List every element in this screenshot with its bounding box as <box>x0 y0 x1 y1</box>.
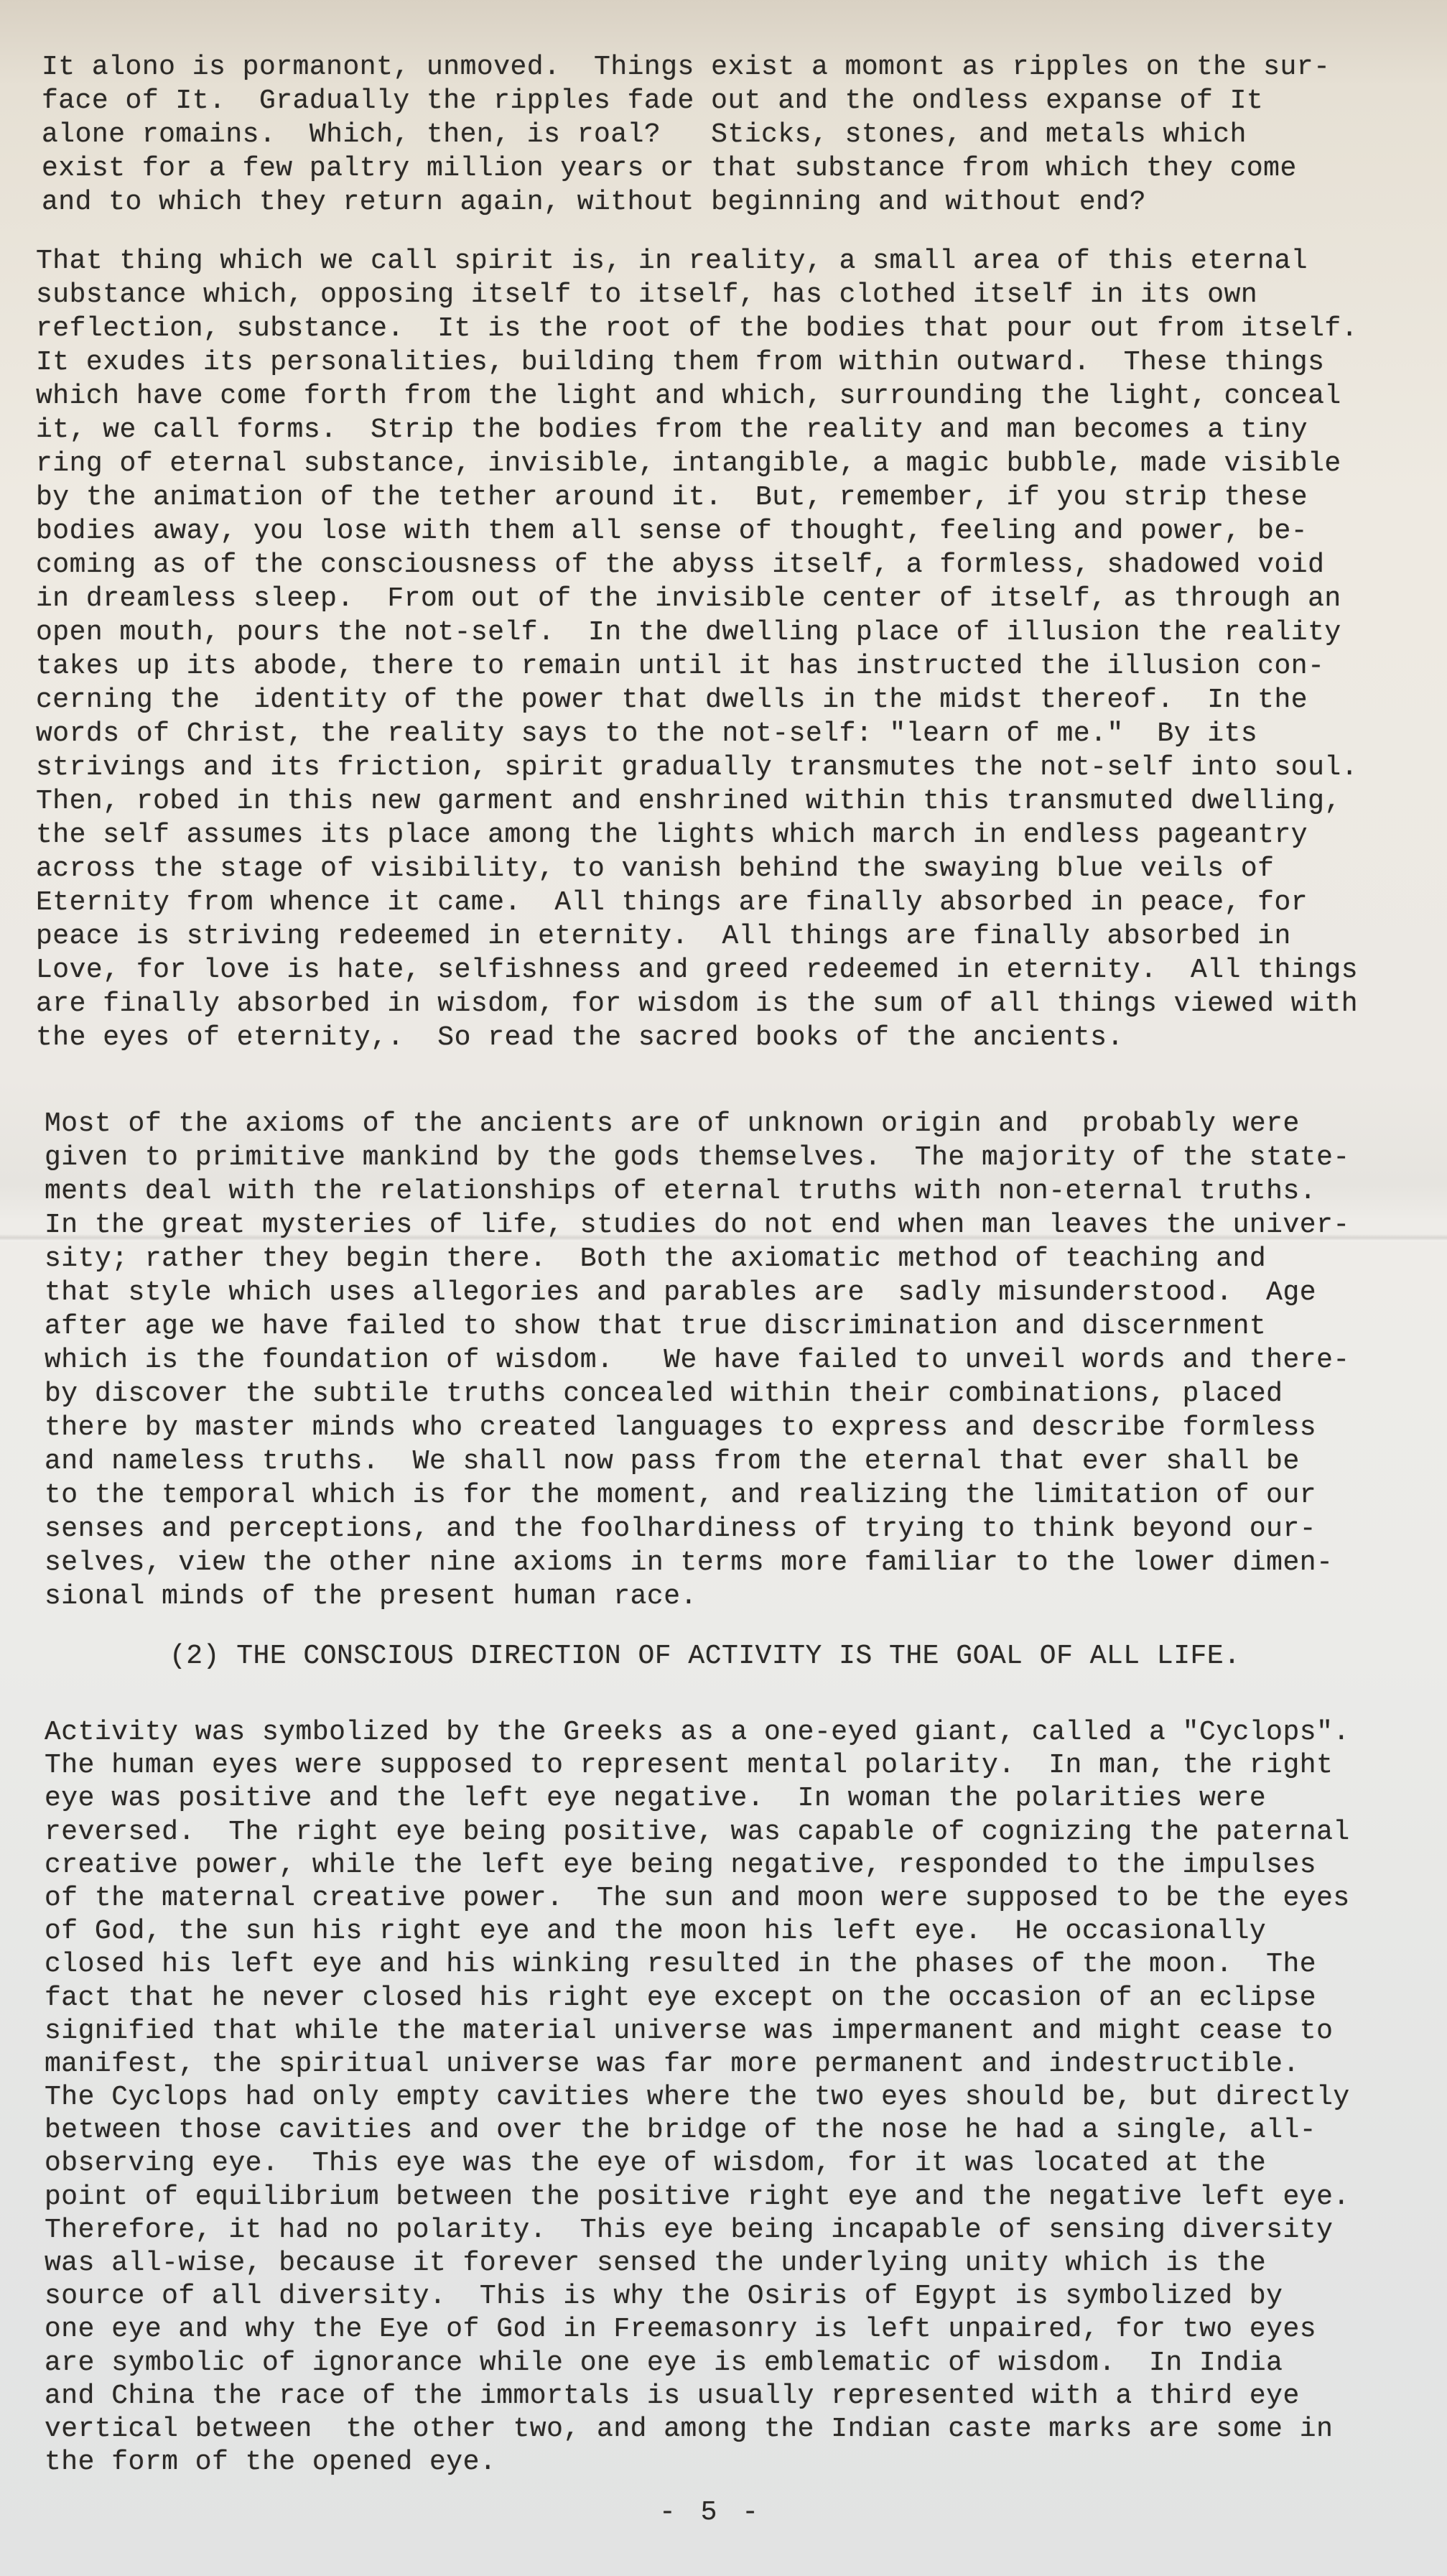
text-line: creative power, while the left eye being… <box>45 1849 1350 1882</box>
text-line: face of It. Gradually the ripples fade o… <box>42 84 1330 118</box>
text-line: and to which they return again, without … <box>42 185 1330 219</box>
text-line: closed his left eye and his winking resu… <box>45 1948 1350 1981</box>
text-line: in dreamless sleep. From out of the invi… <box>36 582 1358 616</box>
text-line: substance which, opposing itself to itse… <box>36 278 1358 312</box>
text-line: and China the race of the immortals is u… <box>45 2380 1350 2413</box>
text-line: signified that while the material univer… <box>45 2015 1350 2048</box>
text-line: it, we call forms. Strip the bodies from… <box>36 413 1358 447</box>
text-line: was all-wise, because it forever sensed … <box>45 2247 1350 2280</box>
text-line: which have come forth from the light and… <box>36 379 1358 413</box>
text-line: open mouth, pours the not-self. In the d… <box>36 616 1358 649</box>
text-line: reversed. The right eye being positive, … <box>45 1816 1350 1849</box>
text-line: of God, the sun his right eye and the mo… <box>45 1915 1350 1948</box>
text-line: the eyes of eternity,. So read the sacre… <box>36 1021 1358 1055</box>
text-line: vertical between the other two, and amon… <box>45 2413 1350 2446</box>
paragraph-axioms: Most of the axioms of the ancients are o… <box>45 1107 1350 1613</box>
text-line: eye was positive and the left eye negati… <box>45 1782 1350 1815</box>
text-line: words of Christ, the reality says to the… <box>36 717 1358 751</box>
text-line: to the temporal which is for the moment,… <box>45 1478 1350 1512</box>
text-line: It alono is pormanont, unmoved. Things e… <box>42 50 1330 84</box>
text-line: Love, for love is hate, selfishness and … <box>36 953 1358 987</box>
text-line: which is the foundation of wisdom. We ha… <box>45 1343 1350 1377</box>
text-line: sity; rather they begin there. Both the … <box>45 1242 1350 1276</box>
text-line: between those cavities and over the brid… <box>45 2114 1350 2147</box>
text-line: ring of eternal substance, invisible, in… <box>36 447 1358 481</box>
text-line: cerning the identity of the power that d… <box>36 683 1358 717</box>
text-line: point of equilibrium between the positiv… <box>45 2181 1350 2214</box>
paragraph-permanence: It alono is pormanont, unmoved. Things e… <box>42 50 1330 219</box>
text-line: after age we have failed to show that tr… <box>45 1310 1350 1343</box>
text-line: coming as of the consciousness of the ab… <box>36 548 1358 582</box>
section-heading: (2) THE CONSCIOUS DIRECTION OF ACTIVITY … <box>169 1639 1240 1673</box>
text-line: In the great mysteries of life, studies … <box>45 1208 1350 1242</box>
text-line: across the stage of visibility, to vanis… <box>36 852 1358 886</box>
text-line: one eye and why the Eye of God in Freema… <box>45 2313 1350 2346</box>
text-line: the self assumes its place among the lig… <box>36 818 1358 852</box>
text-line: The human eyes were supposed to represen… <box>45 1749 1350 1782</box>
text-line: Therefore, it had no polarity. This eye … <box>45 2214 1350 2247</box>
text-line: fact that he never closed his right eye … <box>45 1982 1350 2015</box>
text-line: sional minds of the present human race. <box>45 1580 1350 1613</box>
text-line: strivings and its friction, spirit gradu… <box>36 751 1358 784</box>
text-line: there by master minds who created langua… <box>45 1411 1350 1445</box>
text-line: are finally absorbed in wisdom, for wisd… <box>36 987 1358 1021</box>
text-line: Eternity from whence it came. All things… <box>36 886 1358 919</box>
text-line: It exudes its personalities, building th… <box>36 346 1358 379</box>
text-line: The Cyclops had only empty cavities wher… <box>45 2081 1350 2114</box>
typewritten-page: It alono is pormanont, unmoved. Things e… <box>0 0 1447 2576</box>
text-line: ments deal with the relationships of ete… <box>45 1175 1350 1208</box>
text-line: senses and perceptions, and the foolhard… <box>45 1512 1350 1546</box>
text-line: Most of the axioms of the ancients are o… <box>45 1107 1350 1141</box>
paragraph-cyclops: Activity was symbolized by the Greeks as… <box>45 1716 1350 2479</box>
text-line: by discover the subtile truths concealed… <box>45 1377 1350 1411</box>
text-line: That thing which we call spirit is, in r… <box>36 244 1358 278</box>
text-line: takes up its abode, there to remain unti… <box>36 649 1358 683</box>
page-number: - 5 - <box>659 2497 763 2528</box>
text-line: the form of the opened eye. <box>45 2446 1350 2479</box>
paragraph-spirit: That thing which we call spirit is, in r… <box>36 244 1358 1055</box>
text-line: bodies away, you lose with them all sens… <box>36 514 1358 548</box>
text-line: reflection, substance. It is the root of… <box>36 312 1358 346</box>
text-line: Activity was symbolized by the Greeks as… <box>45 1716 1350 1749</box>
text-line: that style which uses allegories and par… <box>45 1276 1350 1310</box>
text-line: and nameless truths. We shall now pass f… <box>45 1445 1350 1478</box>
text-line: peace is striving redeemed in eternity. … <box>36 919 1358 953</box>
text-line: observing eye. This eye was the eye of w… <box>45 2147 1350 2180</box>
text-line: exist for a few paltry million years or … <box>42 152 1330 185</box>
text-line: manifest, the spiritual universe was far… <box>45 2048 1350 2081</box>
text-line: selves, view the other nine axioms in te… <box>45 1546 1350 1580</box>
text-line: of the maternal creative power. The sun … <box>45 1882 1350 1915</box>
text-line: Then, robed in this new garment and ensh… <box>36 784 1358 818</box>
text-line: given to primitive mankind by the gods t… <box>45 1141 1350 1175</box>
text-line: alone romains. Which, then, is roal? Sti… <box>42 118 1330 152</box>
text-line: by the animation of the tether around it… <box>36 481 1358 514</box>
text-line: are symbolic of ignorance while one eye … <box>45 2347 1350 2380</box>
text-line: source of all diversity. This is why the… <box>45 2280 1350 2313</box>
